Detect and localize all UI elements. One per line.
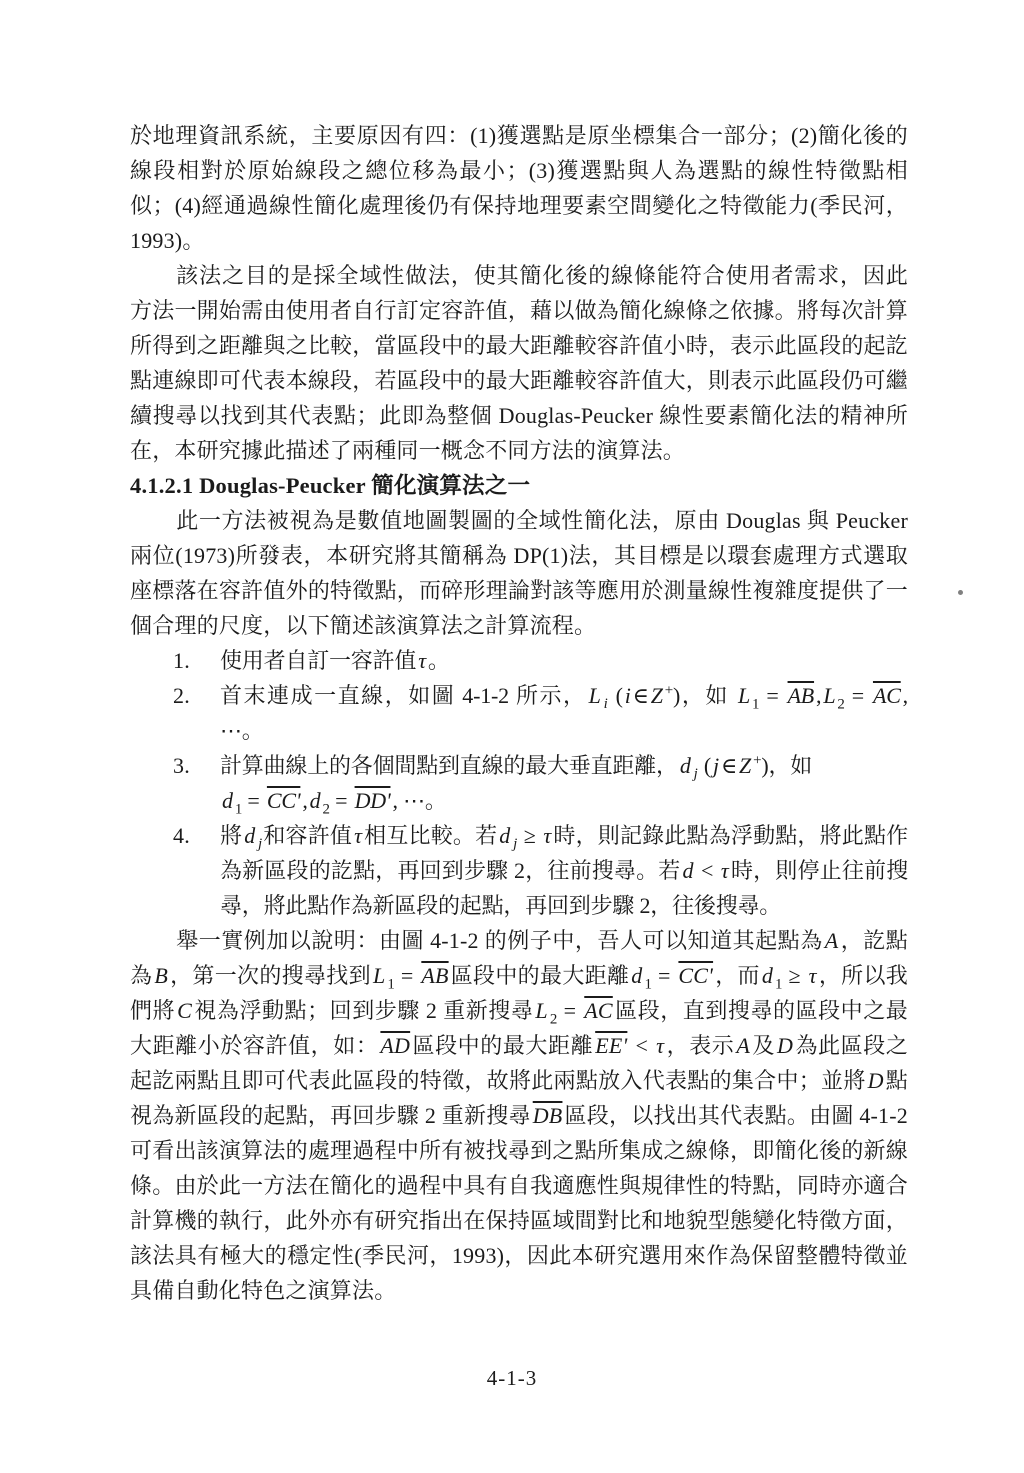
math-run: AB [786,683,816,708]
math-run: τ [541,823,553,848]
text-run: 和容許值 [263,823,352,848]
math-run: EE' [593,1033,629,1058]
list-item-number: 3. [173,748,220,818]
list-item-text: 計算曲線上的各個間點到直線的最大垂直距離，dj (j∈Z+)，如d1 = CC'… [220,748,908,818]
math-run: L [736,683,752,708]
text-run: 相互比較。若 [364,823,498,848]
text-run: 計算曲線上的各個間點到直線的最大垂直距離， [220,753,678,778]
math-run: CC' [676,963,715,988]
math-run: d [497,823,512,848]
math-run: Z [737,753,753,778]
text-run: )，如 [673,683,736,708]
text-run: ∈ [633,683,649,708]
math-run: i [623,683,633,708]
text-run: 區段，以找出其代表點。由圖 4-1-2 可看出該演算法的處理過程中所有被找尋到之… [130,1103,908,1303]
math-run: DB [531,1103,565,1128]
math-run: AC [582,998,615,1023]
math-run: CC' [265,788,302,813]
text-run: 視為浮動點；回到步驟 2 重新搜尋 [194,998,533,1023]
math-run: L [371,963,387,988]
text-run: , [302,788,307,813]
page-number: 4-1-3 [0,1366,1024,1391]
text-run: 將 [220,823,242,848]
text-run: 4.1.2.1 Douglas-Peucker 簡化演算法之一 [130,473,530,498]
list-item: 1.使用者自訂一容許值τ。 [130,643,908,678]
math-run: τ [654,1033,666,1058]
paragraph: 舉一實例加以說明：由圖 4-1-2 的例子中，吾人可以知道其起點為A，訖點為B，… [130,923,908,1308]
text-run: = [759,683,785,708]
math-run: Z [649,683,665,708]
text-run: = [395,963,419,988]
text-run: 該法之目的是採全域性做法，使其簡化後的線條能符合使用者需求，因此方法一開始需由使… [130,263,908,463]
math-run: d [220,788,235,813]
text-run: 2 [837,696,844,712]
list-item-number: 2. [173,678,220,748]
math-run: τ [352,823,364,848]
text-run: 區段中的最大距離 [451,963,630,988]
text-run: 區段中的最大距離 [412,1033,593,1058]
text-run: ，第一次的搜尋找到 [170,963,371,988]
text-run: 2 [322,801,329,817]
math-run: j [711,753,721,778]
text-run: = [558,998,583,1023]
text-run: = [845,683,871,708]
math-run: τ [807,963,819,988]
text-run: 1 [387,976,395,992]
text-run: ≥ [518,823,541,848]
text-run: < [629,1033,654,1058]
text-run: ∈ [721,753,737,778]
math-run: d [242,823,257,848]
text-run: 。 [428,648,450,673]
text-run: 1 [775,976,783,992]
text-run: 1 [235,801,242,817]
list-item-number: 1. [173,643,220,678]
math-run: AB [419,963,450,988]
list-item-text: 使用者自訂一容許值τ。 [220,643,908,678]
math-run: B [152,963,170,988]
math-run: L [587,683,603,708]
list-item: 4.將dj和容許值τ相互比較。若dj ≥ τ時，則記錄此點為浮動點，將此點作為新… [130,818,908,923]
text-run: = [652,963,676,988]
math-run: d [760,963,775,988]
text-run: + [665,683,673,699]
math-run: d [680,858,695,883]
math-run: τ [719,858,731,883]
text-run: 首末連成一直線，如圖 4-1-2 所示， [220,683,587,708]
math-run: A [734,1033,752,1058]
paragraph: 該法之目的是採全域性做法，使其簡化後的線條能符合使用者需求，因此方法一開始需由使… [130,258,908,468]
text-run: 使用者自訂一容許值 [220,648,416,673]
paragraph: 此一方法被視為是數值地圖製圖的全域性簡化法，原由 Douglas 與 Peuck… [130,503,908,643]
scanned-thesis-page: 於地理資訊系統，主要原因有四：(1)獲選點是原坐標集合一部分；(2)簡化後的線段… [0,0,1024,1473]
math-run: L [533,998,549,1023]
math-run: AC [871,683,903,708]
text-run: ( [699,753,711,778]
text-run: < [695,858,719,883]
document-body: 於地理資訊系統，主要原因有四：(1)獲選點是原坐標集合一部分；(2)簡化後的線段… [130,118,908,1308]
text-run: ( [609,683,623,708]
list-item-text: 首末連成一直線，如圖 4-1-2 所示，Li (i∈Z+)，如 L1 = AB,… [220,678,908,748]
text-run: ，而 [715,963,760,988]
paragraph: 於地理資訊系統，主要原因有四：(1)獲選點是原坐標集合一部分；(2)簡化後的線段… [130,118,908,258]
text-run: = [330,788,353,813]
list-item-number: 4. [173,818,220,923]
text-run: 及 [752,1033,775,1058]
text-run: ，表示 [666,1033,734,1058]
section-heading: 4.1.2.1 Douglas-Peucker 簡化演算法之一 [130,468,908,503]
math-run: C [175,998,194,1023]
text-run: 2 [550,1011,558,1027]
math-run: d [678,753,693,778]
text-run: 此一方法被視為是數值地圖製圖的全域性簡化法，原由 Douglas 與 Peuck… [130,508,908,638]
math-run: AD [378,1033,412,1058]
math-run: τ [416,648,428,673]
math-run: L [821,683,837,708]
text-run: 於地理資訊系統，主要原因有四：(1)獲選點是原坐標集合一部分；(2)簡化後的線段… [130,123,908,253]
list-item: 3.計算曲線上的各個間點到直線的最大垂直距離，dj (j∈Z+)，如d1 = C… [130,748,908,818]
text-run: , ⋯。 [392,788,446,813]
text-run: = [242,788,265,813]
math-run: D [866,1068,886,1093]
math-run: A [823,928,841,953]
scan-artifact-speck [958,590,963,595]
text-run: )，如 [761,753,812,778]
text-run: 舉一實例加以說明：由圖 4-1-2 的例子中，吾人可以知道其起點為 [176,928,823,953]
math-run: D [775,1033,795,1058]
math-run: d [308,788,323,813]
list-item-text: 將dj和容許值τ相互比較。若dj ≥ τ時，則記錄此點為浮動點，將此點作為新區段… [220,818,908,923]
math-run: DD' [353,788,393,813]
math-run: d [629,963,644,988]
text-run: ≥ [783,963,807,988]
list-item: 2.首末連成一直線，如圖 4-1-2 所示，Li (i∈Z+)，如 L1 = A… [130,678,908,748]
